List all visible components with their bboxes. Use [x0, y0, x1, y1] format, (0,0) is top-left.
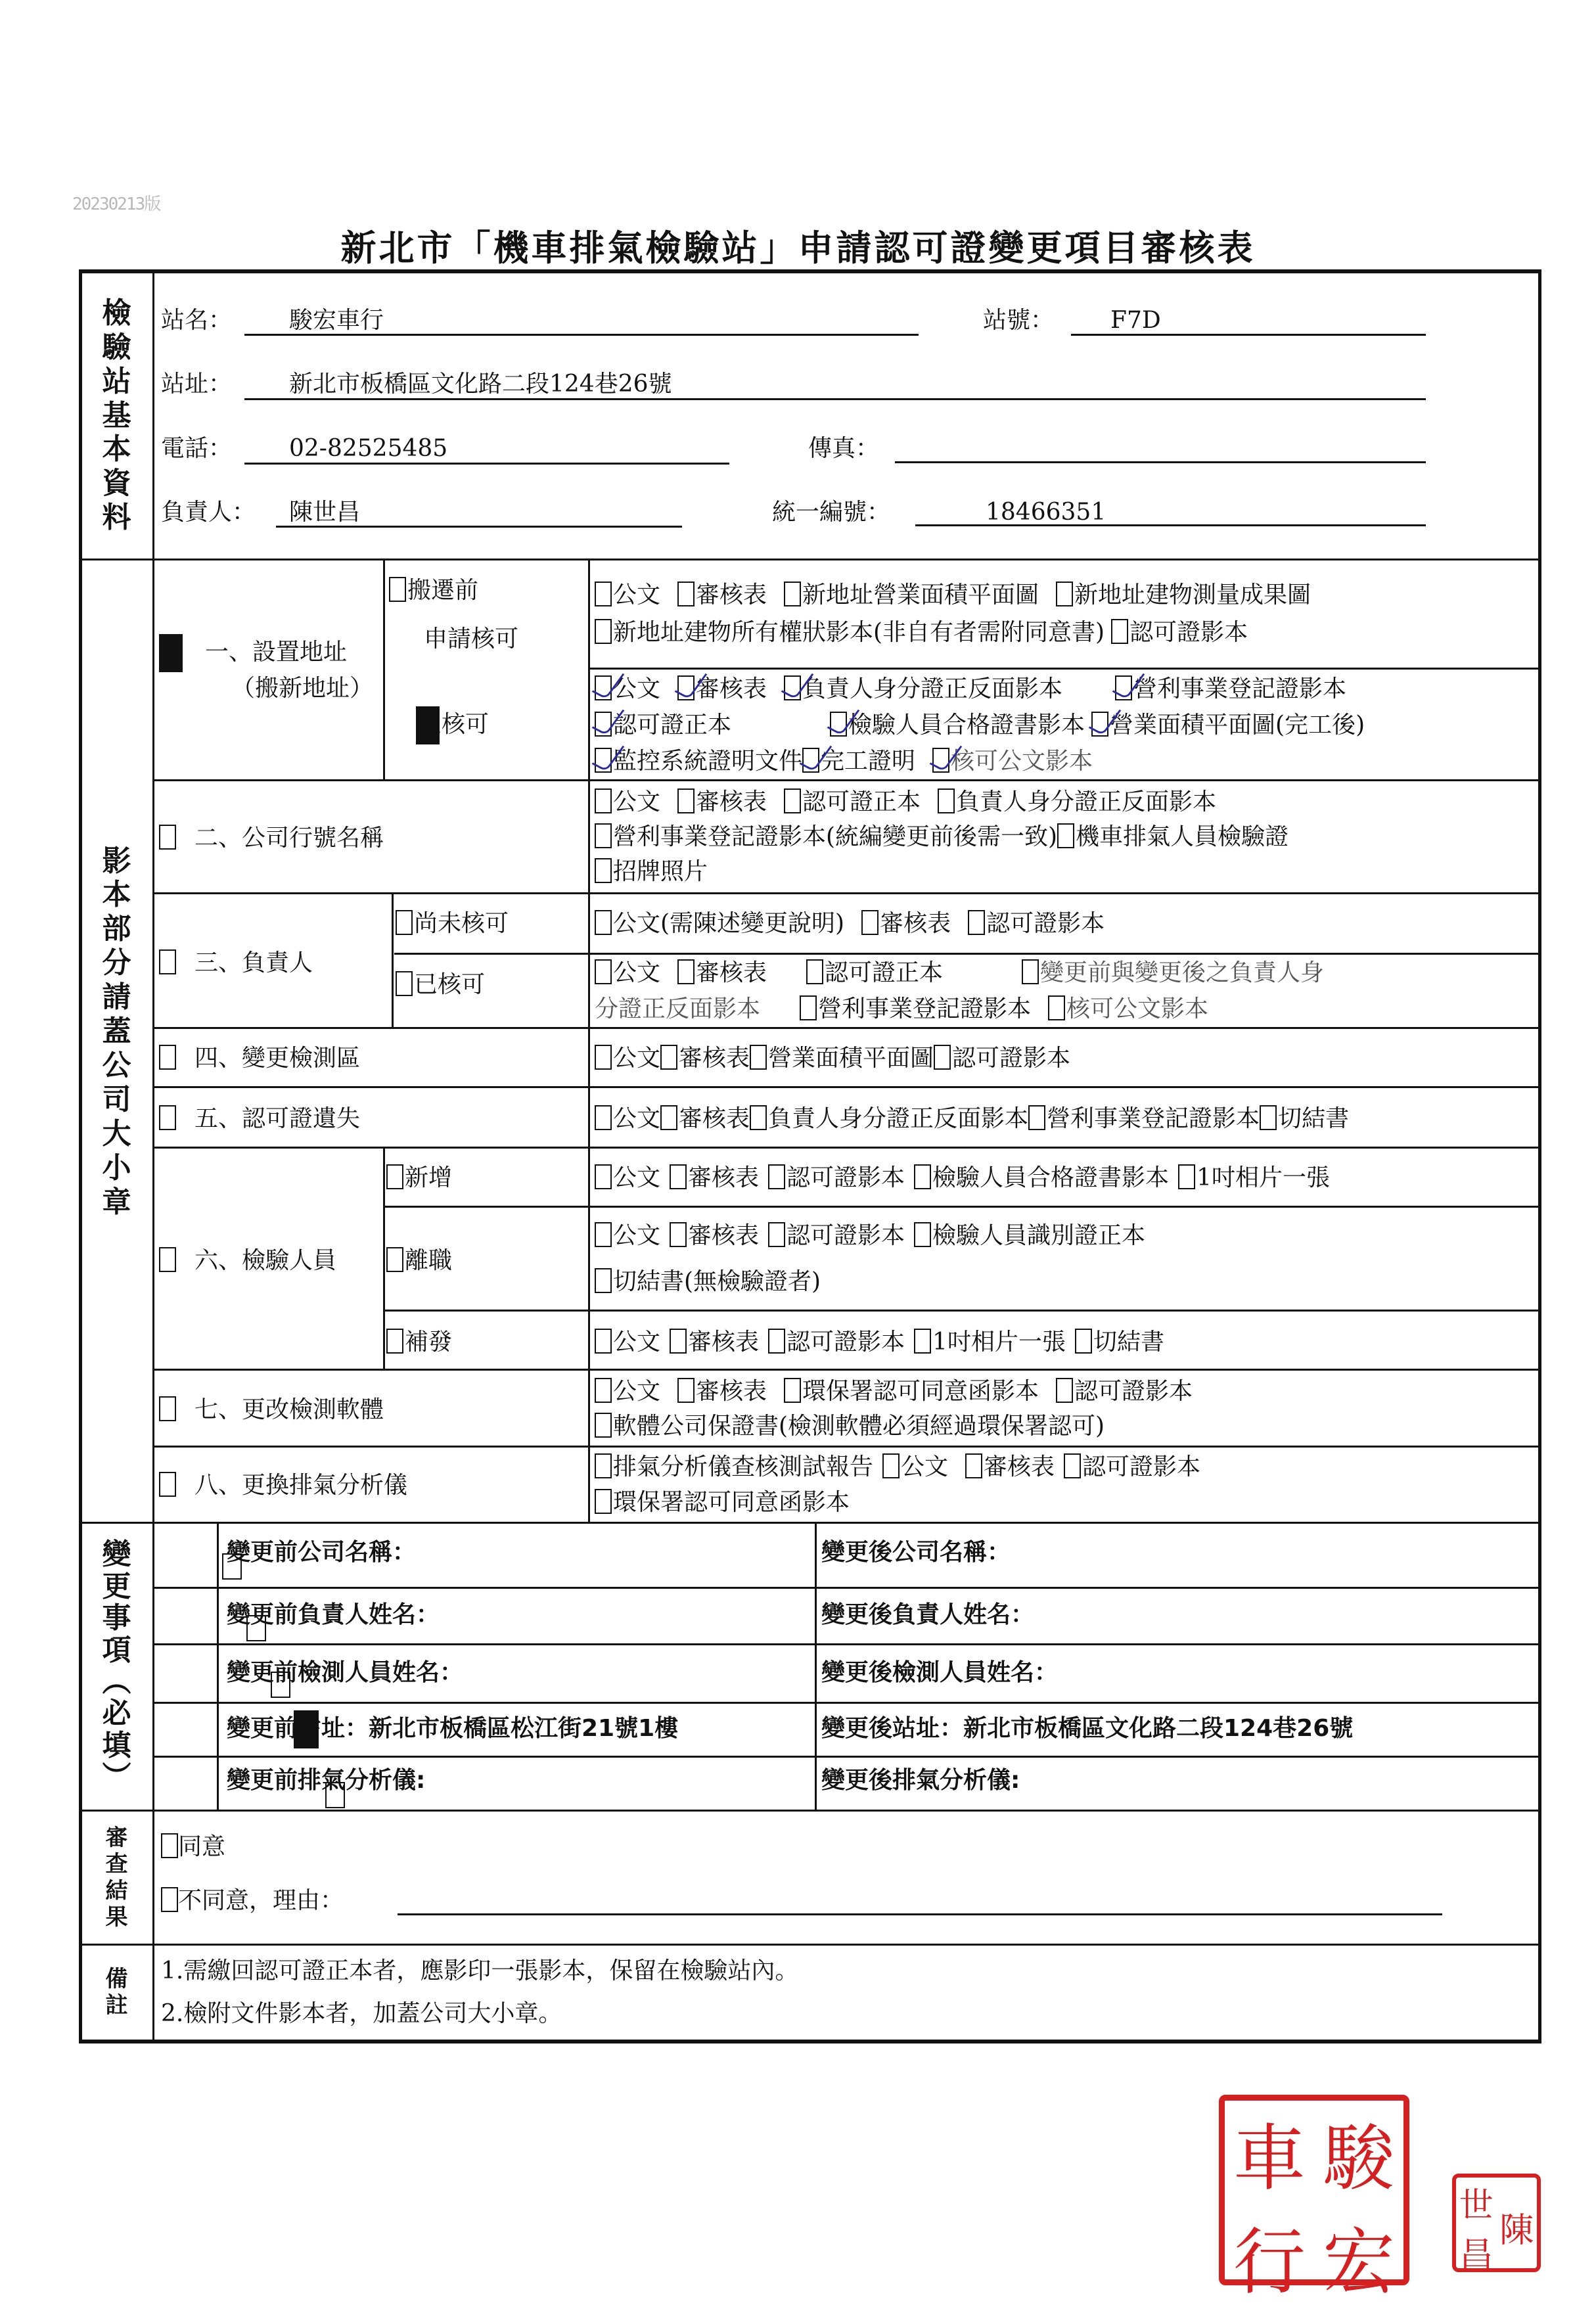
doc-item[interactable]: 審核表: [660, 1105, 750, 1131]
divider: [152, 1086, 1541, 1088]
divider: [392, 892, 394, 1028]
table-top-border: [79, 269, 1541, 273]
station-name-field[interactable]: [244, 334, 919, 336]
address-value[interactable]: 新北市板橋區文化路二段124巷26號: [289, 373, 672, 396]
doc-item[interactable]: 1吋相片一張: [914, 1329, 1066, 1354]
section-label-changes: 變更事項︵必填︶: [81, 1524, 152, 1808]
doc-item-official-letter[interactable]: 公文: [595, 675, 660, 701]
table-bottom-border: [79, 2040, 1541, 2043]
doc-item[interactable]: 切結書(無檢驗證者): [595, 1268, 821, 1294]
owner-field[interactable]: [276, 526, 682, 528]
doc-line: 新地址建物所有權狀影本(非自有者需附同意書)認可證影本: [595, 619, 1265, 645]
change-after-analyzer: 變更後排氣分析儀:: [821, 1769, 1020, 1792]
doc-item[interactable]: 認可證影本: [934, 1045, 1070, 1070]
table-right-border: [1538, 269, 1541, 2043]
doc-item[interactable]: 變更前與變更後之負責人身: [1022, 959, 1324, 985]
doc-item[interactable]: 審核表: [670, 1222, 759, 1248]
doc-item-review-form[interactable]: 審核表: [677, 675, 767, 701]
row3-label[interactable]: 三、負責人: [159, 949, 313, 975]
divider: [152, 1643, 1541, 1645]
doc-item[interactable]: 公文: [595, 1164, 660, 1190]
doc-line: 分證正反面影本營利事業登記證影本核可公文影本: [595, 995, 1225, 1021]
doc-item-license-original[interactable]: 認可證正本: [595, 712, 731, 737]
doc-item-completion-proof[interactable]: 完工證明: [802, 748, 915, 773]
phone-value[interactable]: 02-82525485: [289, 437, 447, 461]
doc-item[interactable]: 營利事業登記證影本(統編變更前後需一致): [595, 823, 1057, 849]
row6-label[interactable]: 六、檢驗人員: [159, 1247, 336, 1273]
row6-sub1-label[interactable]: 新增: [386, 1164, 452, 1190]
doc-item[interactable]: 審核表: [660, 1045, 750, 1070]
doc-item[interactable]: 檢驗人員合格證書影本: [914, 1164, 1169, 1190]
doc-item[interactable]: 認可證影本: [1056, 1378, 1193, 1404]
divider: [152, 1147, 1541, 1149]
doc-line: 公文審核表認可證影本檢驗人員合格證書影本1吋相片一張: [595, 1164, 1347, 1190]
section-label-copies: 影本部分請蓋公司大小章: [81, 808, 152, 1255]
station-name-value[interactable]: 駿宏車行: [289, 309, 384, 332]
divider: [588, 668, 1541, 670]
doc-item[interactable]: 審核表: [677, 788, 767, 814]
company-seal: 駿 宏 車 行: [1219, 2095, 1409, 2285]
tax-id-label: 統一編號：: [772, 501, 890, 524]
change-before-address: 變更前站址：新北市板橋區松江街21號1樓: [227, 1717, 678, 1741]
station-no-value[interactable]: F7D: [1110, 309, 1161, 332]
owner-label: 負責人：: [161, 501, 256, 524]
form-title: 新北市「機車排氣檢驗站」申請認可證變更項目審核表: [0, 220, 1596, 271]
doc-item[interactable]: 公文: [595, 1329, 660, 1354]
checkbox[interactable]: [389, 577, 406, 602]
doc-item-official-letter[interactable]: 公文: [595, 582, 660, 607]
change-before-analyzer: 變更前排氣分析儀:: [227, 1769, 425, 1792]
doc-line: 招牌照片: [595, 858, 725, 884]
station-no-label: 站號：: [983, 309, 1054, 332]
doc-item[interactable]: 切結書: [1075, 1329, 1164, 1354]
change-before-owner: 變更前負責人姓名：: [227, 1603, 440, 1627]
doc-line: 公文審核表認可證影本檢驗人員識別證正本: [595, 1222, 1162, 1248]
doc-item[interactable]: 認可證影本: [768, 1222, 905, 1248]
note-1: 1.需繳回認可證正本者，應影印一張影本，保留在檢驗站內。: [161, 1959, 798, 1983]
note-2: 2.檢附文件影本者，加蓋公司大小章。: [161, 2002, 562, 2026]
station-name-label: 站名：: [161, 309, 232, 332]
doc-line: 公文審核表認可證正本負責人身分證正反面影本: [595, 788, 1233, 814]
doc-item[interactable]: 排氣分析儀查核測試報告: [595, 1453, 873, 1479]
change-after-inspector: 變更後檢測人員姓名：: [821, 1661, 1058, 1685]
doc-line: 公文審核表認可證正本變更前與變更後之負責人身: [595, 959, 1341, 985]
row1-sub2-label: 已核可: [418, 713, 489, 737]
doc-item[interactable]: 審核表: [861, 910, 951, 936]
doc-item-continued: 分證正反面影本: [595, 997, 760, 1021]
doc-line: 公文審核表負責人身分證正反面影本營利事業登記證影本切結書: [595, 1105, 1366, 1131]
doc-item[interactable]: 公文: [595, 1045, 660, 1070]
doc-line: 公文審核表負責人身分證正反面影本營利事業登記證影本: [595, 675, 1363, 701]
doc-item[interactable]: 營利事業登記證影本: [800, 995, 1031, 1021]
tax-id-field[interactable]: [915, 524, 1426, 526]
doc-item[interactable]: 公文: [595, 1222, 660, 1248]
doc-item[interactable]: 負責人身分證正反面影本: [938, 788, 1216, 814]
row5-label[interactable]: 五、認可證遺失: [159, 1105, 360, 1131]
doc-item[interactable]: 檢驗人員識別證正本: [914, 1222, 1145, 1248]
doc-item[interactable]: 審核表: [670, 1164, 759, 1190]
divider: [152, 892, 1541, 894]
row1-label: 一、設置地址: [205, 641, 347, 664]
doc-line: 公文審核表認可證影本1吋相片一張切結書: [595, 1329, 1181, 1354]
doc-item[interactable]: 公文: [595, 788, 660, 814]
row6-sub2-label[interactable]: 離職: [386, 1247, 452, 1273]
doc-item[interactable]: 環保署認可同意函影本: [595, 1489, 850, 1515]
divider: [152, 269, 154, 2043]
review-reason-field[interactable]: [398, 1913, 1442, 1915]
divider: [384, 1310, 1541, 1312]
doc-item[interactable]: 營利事業登記證影本: [1028, 1105, 1260, 1131]
review-agree[interactable]: 同意: [161, 1833, 225, 1859]
doc-item-ownership-deed[interactable]: 新地址建物所有權狀影本(非自有者需附同意書): [595, 619, 1105, 645]
divider: [79, 1944, 1541, 1946]
doc-item[interactable]: 認可證正本: [806, 959, 943, 985]
divider: [815, 1522, 817, 1811]
doc-item-floor-plan[interactable]: 新地址營業面積平面圖: [784, 582, 1039, 607]
doc-item[interactable]: 認可證影本: [768, 1164, 905, 1190]
divider: [152, 1702, 1541, 1704]
change-after-address: 變更後站址：新北市板橋區文化路二段124巷26號: [821, 1717, 1353, 1741]
doc-item[interactable]: 負責人身分證正反面影本: [750, 1105, 1028, 1131]
review-disagree[interactable]: 不同意，理由：: [161, 1887, 344, 1913]
doc-line: 公文審核表新地址營業面積平面圖新地址建物測量成果圖: [595, 582, 1328, 607]
doc-line: 公文審核表環保署認可同意函影本認可證影本: [595, 1378, 1210, 1404]
row8-label[interactable]: 八、更換排氣分析儀: [159, 1472, 407, 1497]
divider: [152, 1587, 1541, 1589]
divider: [383, 559, 385, 781]
doc-item-inspector-cert[interactable]: 檢驗人員合格證書影本: [830, 712, 1085, 737]
row6-sub3-label[interactable]: 補發: [386, 1329, 452, 1354]
doc-item[interactable]: 招牌照片: [595, 858, 708, 884]
divider: [79, 1522, 1541, 1524]
doc-item[interactable]: 認可證正本: [784, 788, 921, 814]
phone-field[interactable]: [244, 463, 729, 465]
doc-item[interactable]: 公文: [882, 1453, 948, 1479]
divider: [152, 779, 1541, 781]
row7-label[interactable]: 七、更改檢測軟體: [159, 1396, 384, 1422]
section-label-review: 審查結果: [81, 1814, 152, 1942]
doc-line: 監控系統證明文件完工證明核可公文影本: [595, 748, 1110, 773]
divider: [79, 559, 1541, 560]
divider: [152, 1369, 1541, 1371]
doc-item[interactable]: 公文: [595, 1378, 660, 1404]
fax-label: 傳真：: [808, 437, 879, 461]
doc-item[interactable]: 審核表: [965, 1453, 1055, 1479]
row1-checkbox[interactable]: [159, 634, 183, 672]
tax-id-value[interactable]: 18466351: [986, 501, 1106, 524]
phone-label: 電話：: [161, 437, 232, 461]
doc-item-owner-id[interactable]: 負責人身分證正反面影本: [784, 675, 1062, 701]
divider: [394, 953, 1541, 955]
doc-item-review-form[interactable]: 審核表: [677, 582, 767, 607]
address-field[interactable]: [244, 398, 1426, 400]
doc-item-business-reg[interactable]: 營利事業登記證影本: [1115, 675, 1346, 701]
doc-item[interactable]: 審核表: [677, 959, 767, 985]
doc-item-license-copy[interactable]: 認可證影本: [1111, 619, 1248, 645]
doc-line: 營利事業登記證影本(統編變更前後需一致)機車排氣人員檢驗證: [595, 823, 1306, 849]
doc-item[interactable]: 認可證影本: [768, 1329, 905, 1354]
doc-line: 環保署認可同意函影本: [595, 1489, 867, 1515]
divider: [217, 1522, 219, 1811]
row1-sub1-label2: 申請核可: [424, 628, 518, 651]
section-label-basic-info: 檢驗站基本資料: [81, 276, 152, 555]
divider: [152, 1027, 1541, 1029]
row4-label[interactable]: 四、變更檢測區: [159, 1045, 360, 1070]
divider: [152, 1756, 1541, 1758]
doc-line: 認可證正本檢驗人員合格證書影本營業面積平面圖(完工後): [595, 712, 1382, 737]
doc-item-survey-map[interactable]: 新地址建物測量成果圖: [1056, 582, 1311, 607]
personal-seal: 陳 世 昌: [1452, 2174, 1541, 2272]
doc-line: 切結書(無檢驗證者): [595, 1268, 838, 1294]
divider: [152, 1446, 1541, 1448]
doc-item[interactable]: 公文: [595, 959, 660, 985]
section-label-notes: 備註: [81, 1946, 152, 2038]
fax-field[interactable]: [895, 461, 1426, 463]
row1-sub1-label[interactable]: 搬遷前: [389, 577, 478, 603]
doc-item[interactable]: 軟體公司保證書(檢測軟體必須經過環保署認可): [595, 1413, 1105, 1438]
doc-line: 軟體公司保證書(檢測軟體必須經過環保署認可): [595, 1413, 1122, 1438]
doc-item[interactable]: 公文(需陳述變更說明): [595, 910, 844, 936]
doc-item[interactable]: 1吋相片一張: [1178, 1164, 1330, 1190]
change-after-company: 變更後公司名稱：: [821, 1541, 1011, 1564]
doc-item[interactable]: 認可證影本: [968, 910, 1105, 936]
doc-item[interactable]: 營業面積平面圖: [750, 1045, 934, 1070]
row3-sub2-label[interactable]: 已核可: [396, 971, 485, 997]
divider: [588, 559, 590, 1522]
doc-line: 公文(需陳述變更說明)審核表認可證影本: [595, 910, 1122, 936]
row2-label[interactable]: 二、公司行號名稱: [159, 825, 384, 850]
change-before-inspector: 變更前檢測人員姓名：: [227, 1661, 463, 1685]
doc-item[interactable]: 審核表: [677, 1378, 767, 1404]
change-before-company: 變更前公司名稱：: [227, 1541, 416, 1564]
owner-value[interactable]: 陳世昌: [289, 501, 360, 524]
doc-item[interactable]: 環保署認可同意函影本: [784, 1378, 1039, 1404]
divider: [79, 1810, 1541, 1812]
doc-line: 公文審核表營業面積平面圖認可證影本: [595, 1045, 1087, 1070]
doc-item[interactable]: 認可證影本: [1064, 1453, 1200, 1479]
doc-item[interactable]: 核可公文影本: [1048, 995, 1208, 1021]
doc-line: 排氣分析儀查核測試報告公文審核表認可證影本: [595, 1453, 1218, 1479]
doc-item[interactable]: 公文: [595, 1105, 660, 1131]
change-after-owner: 變更後負責人姓名：: [821, 1603, 1034, 1627]
doc-item[interactable]: 切結書: [1260, 1105, 1349, 1131]
address-label: 站址：: [161, 373, 232, 396]
version-label: 20230213版: [72, 191, 160, 215]
divider: [384, 1206, 1541, 1208]
divider: [383, 1147, 385, 1370]
doc-item-approval-letter-copy[interactable]: 核可公文影本: [932, 748, 1093, 773]
doc-item[interactable]: 機車排氣人員檢驗證: [1057, 823, 1288, 849]
row3-sub1-label[interactable]: 尚未核可: [396, 910, 509, 936]
station-no-field[interactable]: [1071, 334, 1426, 336]
row1-sublabel: （搬新地址）: [231, 677, 373, 700]
doc-item-monitoring-proof[interactable]: 監控系統證明文件: [595, 748, 802, 773]
doc-item-floor-plan-complete[interactable]: 營業面積平面圖(完工後): [1091, 712, 1365, 737]
doc-item[interactable]: 審核表: [670, 1329, 759, 1354]
